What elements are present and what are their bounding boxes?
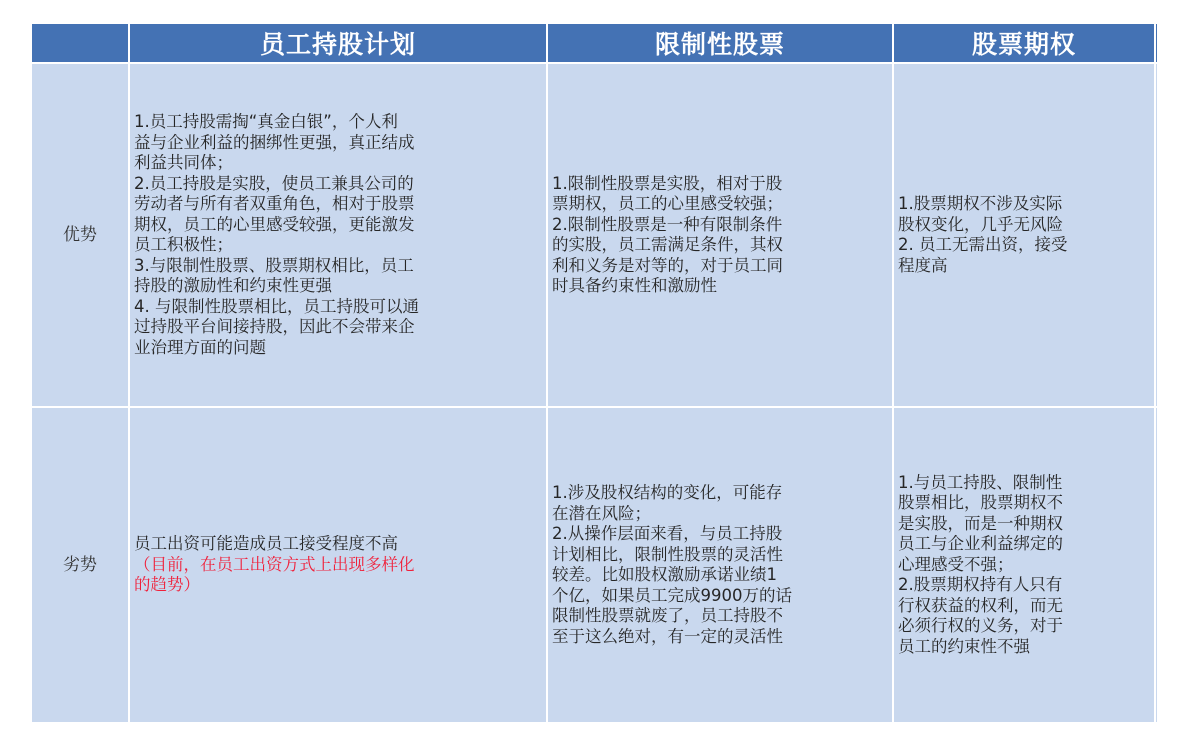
header-esop: 员工持股计划 (129, 23, 547, 63)
text-line: 较差。比如股权激励承诺业绩1 (552, 565, 890, 586)
text-line: 至于这么绝对，有一定的灵活性 (552, 627, 890, 648)
highlight-note: 的趋势） (134, 575, 544, 596)
text-line: 股票相比，股票期权不 (898, 493, 1152, 514)
text-line: 1.与员工持股、限制性 (898, 473, 1152, 494)
text-line: 利益共同体； (134, 153, 544, 174)
text-line: 2.从操作层面来看，与员工持股 (552, 524, 890, 545)
text-line: 是实股，而是一种期权 (898, 514, 1152, 535)
text-line: 的实股，员工需满足条件，其权 (552, 235, 890, 256)
text-line: 1.涉及股权结构的变化，可能存 (552, 483, 890, 504)
text-line: 在潜在风险； (552, 504, 890, 525)
text-line: 劳动者与所有者双重角色，相对于股票 (134, 194, 544, 215)
disadvantages-restricted-stock-cell: 1.涉及股权结构的变化，可能存 在潜在风险； 2.从操作层面来看，与员工持股 计… (547, 407, 893, 723)
text-line: 期权，员工的心里感受较强，更能激发 (134, 215, 544, 236)
text-line: 必须行权的义务，对于 (898, 616, 1152, 637)
text-line: 员工的约束性不强 (898, 637, 1152, 658)
highlight-note: （目前，在员工出资方式上出现多样化 (134, 555, 544, 576)
text-line: 利和义务是对等的，对于员工同 (552, 256, 890, 277)
row-label-disadvantages: 劣势 (31, 407, 129, 723)
header-corner (31, 23, 129, 63)
text-line: 员工与企业利益绑定的 (898, 534, 1152, 555)
equity-incentive-comparison-table: 员工持股计划 限制性股票 股票期权 优势 1.员工持股需掏“真金白银”，个人利 … (30, 22, 1157, 724)
text-line: 行权获益的权利，而无 (898, 596, 1152, 617)
text-line: 限制性股票就废了，员工持股不 (552, 606, 890, 627)
text-line: 心理感受不强； (898, 555, 1152, 576)
text-line: 员工出资可能造成员工接受程度不高 (134, 534, 544, 555)
disadvantages-row: 劣势 员工出资可能造成员工接受程度不高 （目前，在员工出资方式上出现多样化 的趋… (31, 407, 1157, 723)
advantages-row: 优势 1.员工持股需掏“真金白银”，个人利 益与企业利益的捆绑性更强，真正结成 … (31, 63, 1157, 407)
text-line: 1.限制性股票是实股，相对于股 (552, 174, 890, 195)
header-restricted-stock: 限制性股票 (547, 23, 893, 63)
disadvantages-stock-options-cell: 1.与员工持股、限制性 股票相比，股票期权不 是实股，而是一种期权 员工与企业利… (893, 407, 1155, 723)
text-line: 2.员工持股是实股，使员工兼具公司的 (134, 174, 544, 195)
advantages-stock-options-cell: 1.股票期权不涉及实际 股权变化，几乎无风险 2. 员工无需出资，接受 程度高 (893, 63, 1155, 407)
text-line: 业治理方面的问题 (134, 338, 544, 359)
header-stock-options: 股票期权 (893, 23, 1155, 63)
text-line: 员工积极性； (134, 235, 544, 256)
advantages-esop-cell: 1.员工持股需掏“真金白银”，个人利 益与企业利益的捆绑性更强，真正结成 利益共… (129, 63, 547, 407)
row-label-advantages: 优势 (31, 63, 129, 407)
header-row: 员工持股计划 限制性股票 股票期权 (31, 23, 1157, 63)
text-line: 2.股票期权持有人只有 (898, 575, 1152, 596)
header-clipped-column (1155, 23, 1157, 63)
text-line: 时具备约束性和激励性 (552, 276, 890, 297)
clipped-cell (1155, 63, 1157, 407)
text-line: 1.员工持股需掏“真金白银”，个人利 (134, 112, 544, 133)
comparison-table-container: 员工持股计划 限制性股票 股票期权 优势 1.员工持股需掏“真金白银”，个人利 … (30, 22, 1157, 730)
text-line: 2.限制性股票是一种有限制条件 (552, 215, 890, 236)
text-line: 票期权，员工的心里感受较强； (552, 194, 890, 215)
text-line: 益与企业利益的捆绑性更强，真正结成 (134, 133, 544, 154)
clipped-cell (1155, 407, 1157, 723)
text-line: 个亿，如果员工完成9900万的话 (552, 586, 890, 607)
text-line: 计划相比，限制性股票的灵活性 (552, 545, 890, 566)
text-line: 4. 与限制性股票相比，员工持股可以通 (134, 297, 544, 318)
text-line: 股权变化，几乎无风险 (898, 215, 1152, 236)
text-line: 3.与限制性股票、股票期权相比，员工 (134, 256, 544, 277)
text-line: 1.股票期权不涉及实际 (898, 194, 1152, 215)
text-line: 程度高 (898, 256, 1152, 277)
advantages-restricted-stock-cell: 1.限制性股票是实股，相对于股 票期权，员工的心里感受较强； 2.限制性股票是一… (547, 63, 893, 407)
text-line: 2. 员工无需出资，接受 (898, 235, 1152, 256)
text-line: 过持股平台间接持股，因此不会带来企 (134, 317, 544, 338)
disadvantages-esop-cell: 员工出资可能造成员工接受程度不高 （目前，在员工出资方式上出现多样化 的趋势） (129, 407, 547, 723)
text-line: 持股的激励性和约束性更强 (134, 276, 544, 297)
